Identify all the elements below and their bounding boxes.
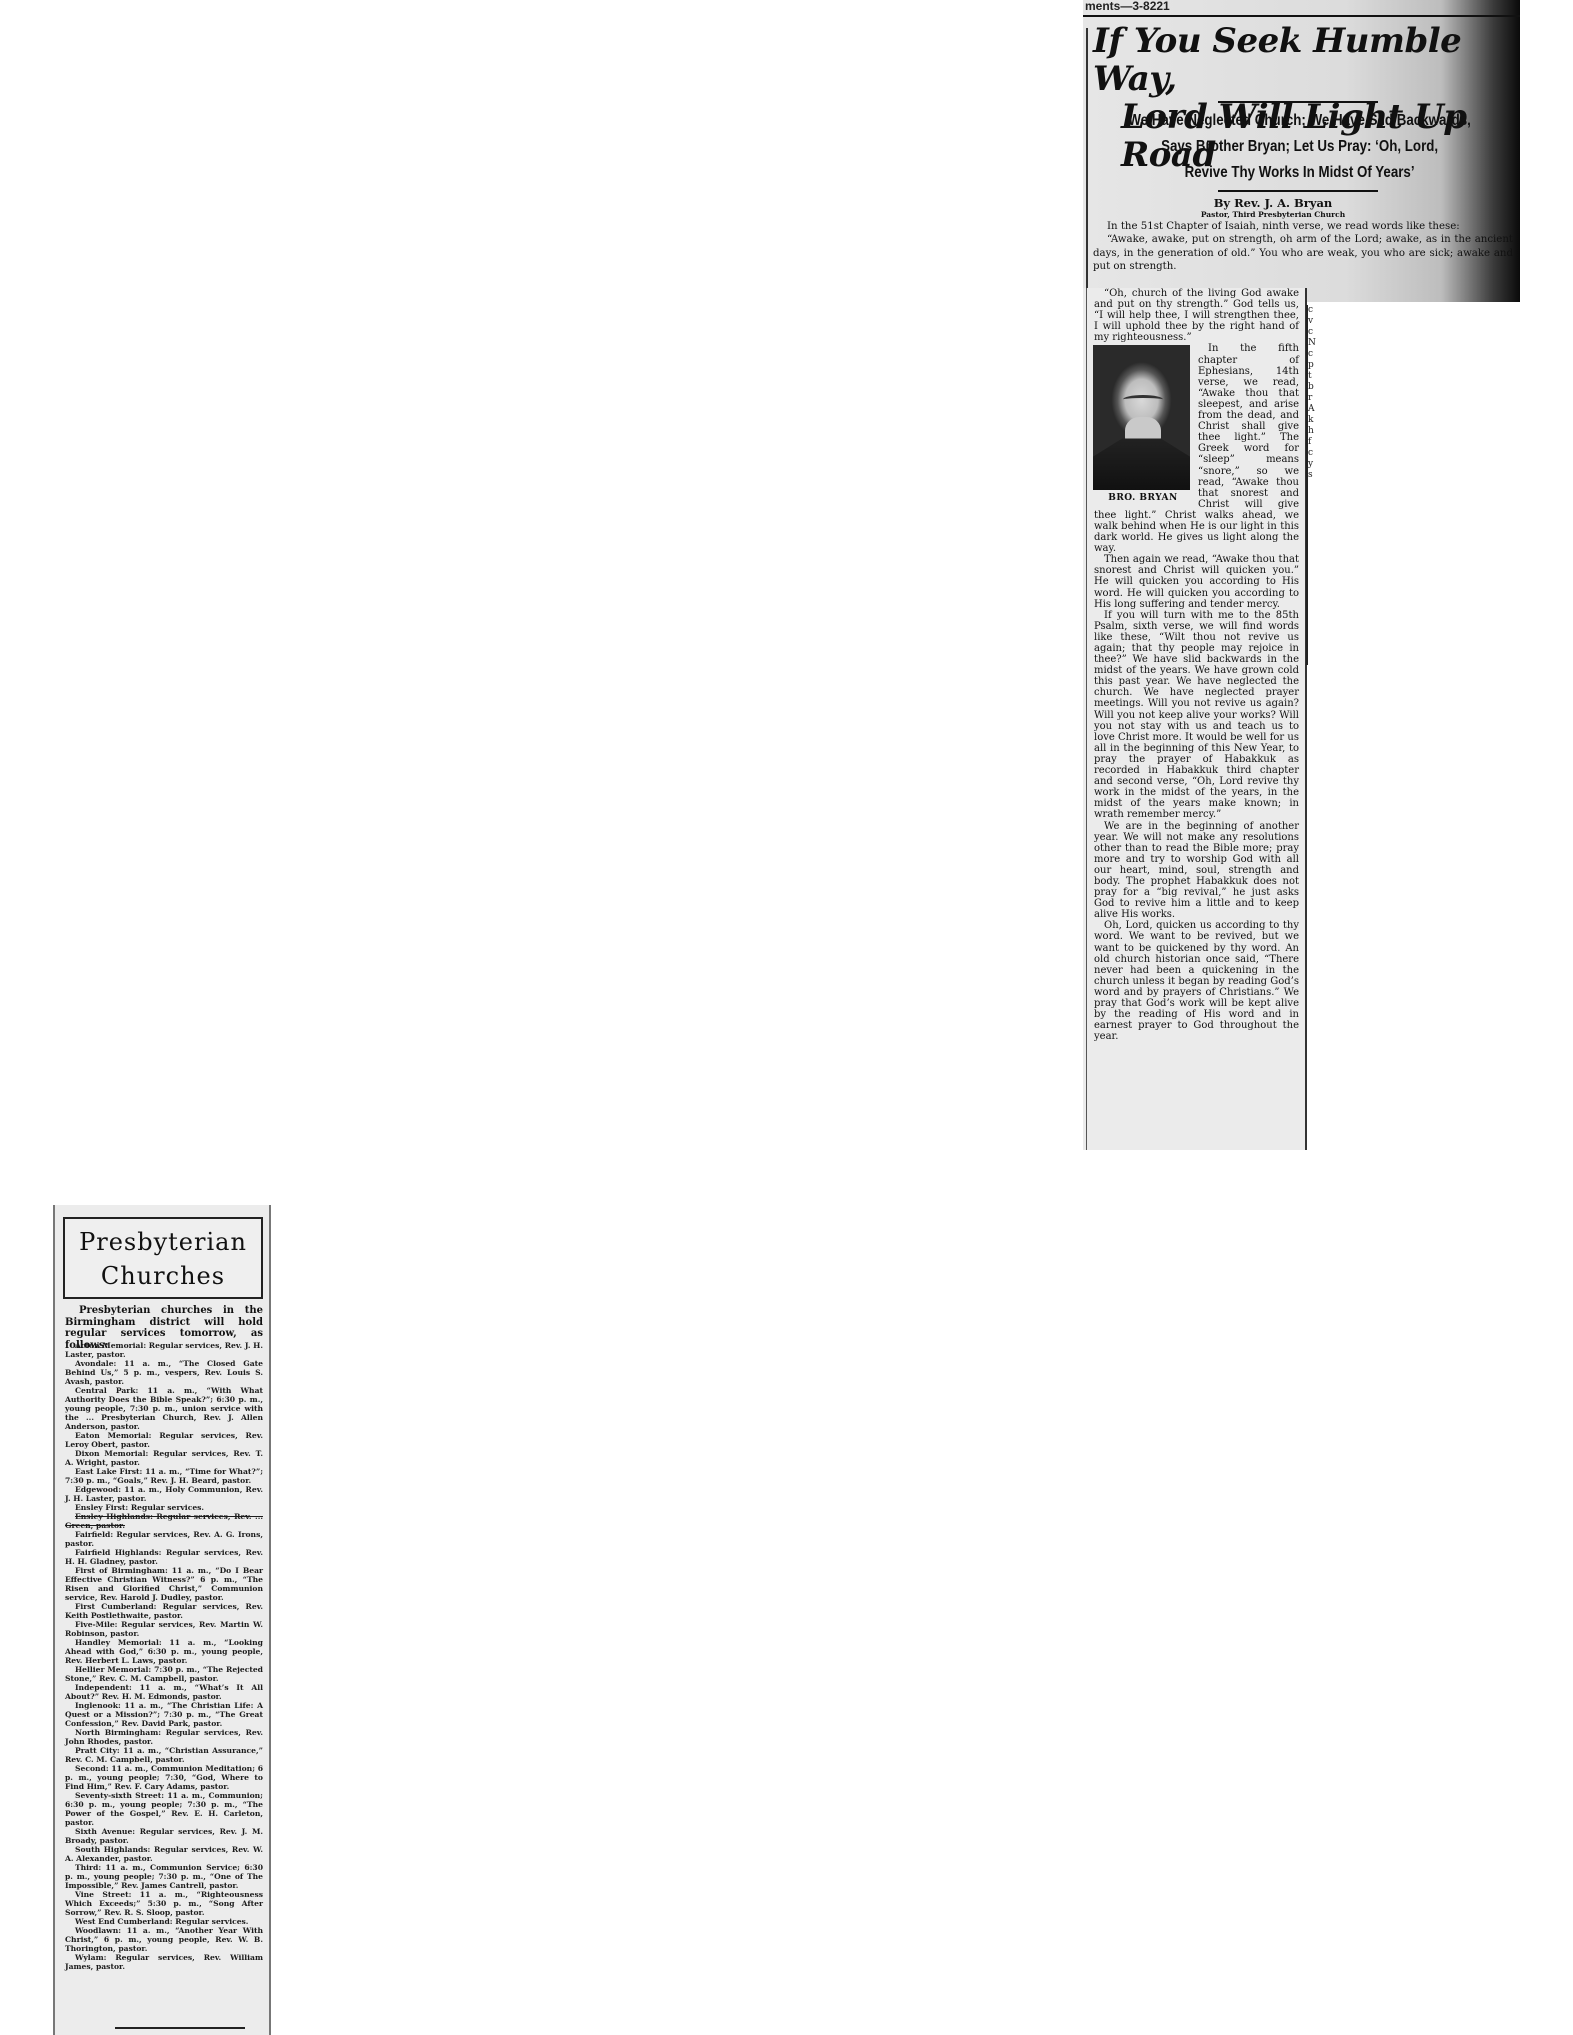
church-entry: Hellier Memorial: 7:30 p. m., “The Rejec… xyxy=(65,1665,263,1683)
headline-line-1: If You Seek Humble Way, xyxy=(1093,21,1461,99)
article-body-column: “Oh, church of the living God awake and … xyxy=(1094,288,1299,1042)
portrait-block: BRO. BRYAN xyxy=(1093,345,1193,504)
photo-caption: BRO. BRYAN xyxy=(1093,493,1193,504)
deck-line-1: We Have Neglected Church; We Have Slid B… xyxy=(1119,108,1480,134)
body-paragraph: If you will turn with me to the 85th Psa… xyxy=(1094,610,1299,821)
lead-paragraph: “Awake, awake, put on strength, oh arm o… xyxy=(1093,233,1513,273)
church-entry: Second: 11 a. m., Communion Meditation; … xyxy=(65,1764,263,1791)
portrait-coat xyxy=(1093,438,1190,490)
church-entry: Handley Memorial: 11 a. m., “Looking Ahe… xyxy=(65,1638,263,1665)
byline-author: By Rev. J. A. Bryan xyxy=(1214,196,1333,210)
deck-subheadline: We Have Neglected Church; We Have Slid B… xyxy=(1119,108,1480,186)
church-entry-struck: Ensley Highlands: Regular services, Rev.… xyxy=(65,1512,263,1530)
body-paragraph: Oh, Lord, quicken us according to thy wo… xyxy=(1094,920,1299,1042)
headline-divider xyxy=(1218,101,1378,103)
church-entry: Vine Street: 11 a. m., “Righteousness Wh… xyxy=(65,1890,263,1917)
column-rule xyxy=(1086,288,1087,1150)
portrait-eyes xyxy=(1123,395,1163,404)
church-entry: Inglenook: 11 a. m., “The Christian Life… xyxy=(65,1701,263,1728)
church-entry: South Highlands: Regular services, Rev. … xyxy=(65,1845,263,1863)
church-entry: First of Birmingham: 11 a. m., “Do I Bea… xyxy=(65,1566,263,1602)
church-entry: Wylam: Regular services, Rev. William Ja… xyxy=(65,1953,263,1971)
portrait-photo xyxy=(1093,345,1190,490)
deck-divider xyxy=(1218,190,1378,192)
article-clipping-header: ments—3-8221 If You Seek Humble Way, Lor… xyxy=(1083,0,1520,302)
byline: By Rev. J. A. Bryan Pastor, Third Presby… xyxy=(1083,197,1463,219)
church-entry: Central Park: 11 a. m., “With What Autho… xyxy=(65,1386,263,1431)
church-entry: Seventy-sixth Street: 11 a. m., Communio… xyxy=(65,1791,263,1827)
church-entry: North Birmingham: Regular services, Rev.… xyxy=(65,1728,263,1746)
church-entry: Third: 11 a. m., Communion Service; 6:30… xyxy=(65,1863,263,1890)
church-entry: East Lake First: 11 a. m., “Time for Wha… xyxy=(65,1467,263,1485)
church-entry: Pratt City: 11 a. m., “Christian Assuran… xyxy=(65,1746,263,1764)
section-title-box: Presbyterian Churches xyxy=(63,1217,263,1299)
article-clipping-body: “Oh, church of the living God awake and … xyxy=(1083,288,1307,1150)
church-entry: Eaton Memorial: Regular services, Rev. L… xyxy=(65,1431,263,1449)
adjacent-column-fragment: c v c N c p t b r A k h f c y s xyxy=(1306,305,1318,665)
church-entry: Edgewood: 11 a. m., Holy Communion, Rev.… xyxy=(65,1485,263,1503)
section-title-line-1: Presbyterian xyxy=(65,1225,261,1259)
church-entry: Acton Memorial: Regular services, Rev. J… xyxy=(65,1341,263,1359)
church-entry: Fairfield Highlands: Regular services, R… xyxy=(65,1548,263,1566)
church-entry: Independent: 11 a. m., “What’s It All Ab… xyxy=(65,1683,263,1701)
church-entry: Avondale: 11 a. m., “The Closed Gate Beh… xyxy=(65,1359,263,1386)
presbyterian-churches-clipping: Presbyterian Churches Presbyterian churc… xyxy=(53,1205,271,2035)
church-entry: Sixth Avenue: Regular services, Rev. J. … xyxy=(65,1827,263,1845)
top-strip-text: ments—3-8221 xyxy=(1083,0,1520,17)
church-entry: Five-Mile: Regular services, Rev. Martin… xyxy=(65,1620,263,1638)
church-entry: West End Cumberland: Regular services. xyxy=(65,1917,263,1926)
section-title-line-2: Churches xyxy=(65,1259,261,1293)
end-rule xyxy=(115,2027,245,2029)
church-entry: Ensley First: Regular services. xyxy=(65,1503,263,1512)
church-entry: Fairfield: Regular services, Rev. A. G. … xyxy=(65,1530,263,1548)
church-entry: Woodlawn: 11 a. m., “Another Year With C… xyxy=(65,1926,263,1953)
church-entry: Dixon Memorial: Regular services, Rev. T… xyxy=(65,1449,263,1467)
church-listing: Acton Memorial: Regular services, Rev. J… xyxy=(65,1341,263,1971)
byline-title: Pastor, Third Presbyterian Church xyxy=(1083,210,1463,219)
body-paragraph: Then again we read, “Awake thou that sno… xyxy=(1094,554,1299,609)
body-paragraph: “Oh, church of the living God awake and … xyxy=(1094,288,1299,343)
deck-line-3: Revive Thy Works In Midst Of Years’ xyxy=(1119,160,1480,186)
column-rule xyxy=(1086,28,1088,302)
lead-paragraph: In the 51st Chapter of Isaiah, ninth ver… xyxy=(1093,220,1513,233)
church-entry: First Cumberland: Regular services, Rev.… xyxy=(65,1602,263,1620)
body-paragraph: We are in the beginning of another year.… xyxy=(1094,821,1299,921)
lead-text: In the 51st Chapter of Isaiah, ninth ver… xyxy=(1093,220,1513,273)
deck-line-2: Says Brother Bryan; Let Us Pray: ‘Oh, Lo… xyxy=(1119,134,1480,160)
